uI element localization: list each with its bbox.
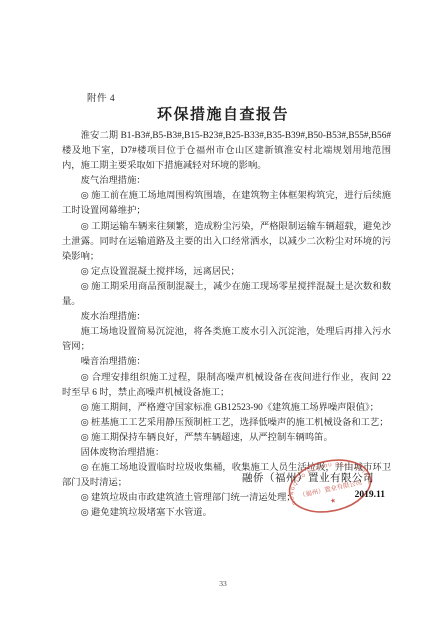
body-paragraph: ◎ 施工期采用商品预制混凝土，减少在施工现场零星搅拌混凝土是次数和数量。 <box>62 280 391 310</box>
body-paragraph: ◎ 施工期间，严格遵守国家标准 GB12523-90《建筑施工场界噪声限值》； <box>62 401 391 416</box>
body-paragraph: ◎ 施工前在施工场地周围构筑围墙，在建筑物主体框架构筑完，进行后续施工时设置网幕… <box>62 189 391 219</box>
body-paragraph: ◎ 合理安排组织施工过程，限制高噪声机械设备在夜间进行作业，夜间 22 时至早 … <box>62 371 391 401</box>
stamp-star-icon: ★ <box>329 496 337 505</box>
body-paragraph: ◎ 定点设置混凝土搅拌场，远离居民； <box>62 265 391 280</box>
company-seal-stamp: RONGQIAO FUZHOU REAL ESTATE CO., LTD （福州… <box>258 434 402 538</box>
page-title: 环保措施自查报告 <box>0 103 446 124</box>
attachment-label: 附件 4 <box>87 90 115 104</box>
body-paragraph: 淮安二期 B1-B3#,B5-B3#,B15-B23#,B25-B33#,B35… <box>62 129 391 174</box>
signature-company-name: 融侨（福州）置业有限公司 <box>242 470 374 485</box>
body-paragraph: 废气治理措施： <box>62 174 391 189</box>
body-paragraph: 废水治理措施： <box>62 310 391 325</box>
body-paragraph: ◎ 桩基施工工艺采用静压预制桩工艺，选择低噪声的施工机械设备和工艺； <box>62 416 391 431</box>
signature-date: 2019.11 <box>355 490 385 500</box>
document-page: 附件 4 环保措施自查报告 淮安二期 B1-B3#,B5-B3#,B15-B23… <box>0 0 446 630</box>
body-paragraph: 施工场地设置简易沉淀池，将各类施工废水引入沉淀池，处理后再排入污水管网； <box>62 325 391 355</box>
page-number: 33 <box>0 579 446 588</box>
body-paragraph: 噪音治理措施： <box>62 355 391 370</box>
body-paragraph: ◎ 工期运输车辆来往频繁，造成粉尘污染，严格限制运输车辆超载，避免沙土泄露。同时… <box>62 220 391 265</box>
